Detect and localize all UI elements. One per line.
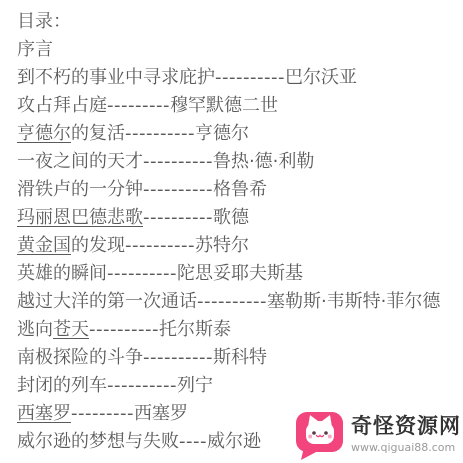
entry-title-underlined: 亨德尔 [17, 123, 71, 144]
entry-title-pre: 逃向 [17, 319, 53, 340]
entry-author: 苏特尔 [195, 235, 249, 256]
toc-entry: 逃向苍天----------托尔斯泰 [17, 316, 463, 344]
entry-dashes: ---------- [125, 123, 195, 144]
entry-dashes: ---------- [125, 235, 195, 256]
entry-dashes: ---------- [143, 207, 213, 228]
watermark: 奇怪资源网 www.qiguai88.com [290, 407, 461, 461]
entry-author: 鲁热·德·利勒 [213, 151, 314, 172]
toc-heading: 目录： [17, 8, 463, 36]
entry-title-pre: 滑铁卢的一分钟 [17, 179, 143, 200]
toc-entry: 黄金国的发现----------苏特尔 [17, 232, 463, 260]
entry-title-underlined: 西塞罗 [17, 403, 71, 424]
entry-author: 西塞罗 [134, 403, 188, 424]
entry-author: 巴尔沃亚 [285, 67, 357, 88]
entry-dashes: ---------- [143, 347, 213, 368]
entry-dashes: ---- [179, 431, 207, 452]
toc-entry: 封闭的列车----------列宁 [17, 372, 463, 400]
entry-title-pre: 一夜之间的天才 [17, 151, 143, 172]
entry-dashes: --------- [107, 95, 170, 116]
entry-author: 塞勒斯·韦斯特·菲尔德 [267, 291, 440, 312]
watermark-site-name: 奇怪资源网 [351, 414, 461, 439]
entry-title-pre: 到不朽的事业中寻求庇护 [17, 67, 215, 88]
entry-author: 托尔斯泰 [159, 319, 231, 340]
entry-title-underlined: 苍天 [53, 319, 89, 340]
entry-title-pre: 攻占拜占庭 [17, 95, 107, 116]
entry-author: 穆罕默德二世 [170, 95, 278, 116]
cat-speech-bubble-icon [294, 407, 346, 461]
entry-title-pre: 威尔逊的梦想与失败 [17, 431, 179, 452]
toc-entry: 玛丽恩巴德悲歌----------歌德 [17, 204, 463, 232]
entry-dashes: ---------- [143, 179, 213, 200]
entry-author: 威尔逊 [207, 431, 261, 452]
entry-title-post: 的复活 [71, 123, 125, 144]
entry-title-underlined: 玛丽恩巴德悲歌 [17, 207, 143, 228]
toc-entry: 一夜之间的天才----------鲁热·德·利勒 [17, 148, 463, 176]
toc-entry: 序言 [17, 36, 463, 64]
entry-dashes: ---------- [89, 319, 159, 340]
toc-entry: 攻占拜占庭---------穆罕默德二世 [17, 92, 463, 120]
entry-title-underlined: 黄金国 [17, 235, 71, 256]
entry-dashes: ---------- [197, 291, 267, 312]
toc-list: 序言 到不朽的事业中寻求庇护----------巴尔沃亚 攻占拜占庭------… [17, 36, 463, 456]
entry-author: 亨德尔 [195, 123, 249, 144]
entry-title-post: 的发现 [71, 235, 125, 256]
toc-entry: 南极探险的斗争----------斯科特 [17, 344, 463, 372]
entry-dashes: ---------- [107, 375, 177, 396]
watermark-text: 奇怪资源网 www.qiguai88.com [351, 414, 461, 453]
table-of-contents: 目录： 序言 到不朽的事业中寻求庇护----------巴尔沃亚 攻占拜占庭--… [0, 0, 463, 456]
toc-entry: 滑铁卢的一分钟----------格鲁希 [17, 176, 463, 204]
entry-dashes: --------- [71, 403, 134, 424]
entry-dashes: ---------- [107, 263, 177, 284]
entry-title-pre: 越过大洋的第一次通话 [17, 291, 197, 312]
entry-author: 斯科特 [213, 347, 267, 368]
entry-title-pre: 序言 [17, 39, 53, 60]
entry-author: 格鲁希 [213, 179, 267, 200]
watermark-site-url: www.qiguai88.com [351, 441, 455, 454]
entry-title-pre: 英雄的瞬间 [17, 263, 107, 284]
toc-entry: 亨德尔的复活----------亨德尔 [17, 120, 463, 148]
entry-author: 列宁 [177, 375, 213, 396]
entry-dashes: ---------- [143, 151, 213, 172]
toc-page: 目录： 序言 到不朽的事业中寻求庇护----------巴尔沃亚 攻占拜占庭--… [0, 0, 463, 456]
toc-entry: 到不朽的事业中寻求庇护----------巴尔沃亚 [17, 64, 463, 92]
toc-entry: 英雄的瞬间----------陀思妥耶夫斯基 [17, 260, 463, 288]
entry-title-pre: 南极探险的斗争 [17, 347, 143, 368]
entry-title-pre: 封闭的列车 [17, 375, 107, 396]
entry-author: 歌德 [213, 207, 249, 228]
toc-entry: 越过大洋的第一次通话----------塞勒斯·韦斯特·菲尔德 [17, 288, 463, 316]
entry-author: 陀思妥耶夫斯基 [177, 263, 303, 284]
entry-dashes: ---------- [215, 67, 285, 88]
